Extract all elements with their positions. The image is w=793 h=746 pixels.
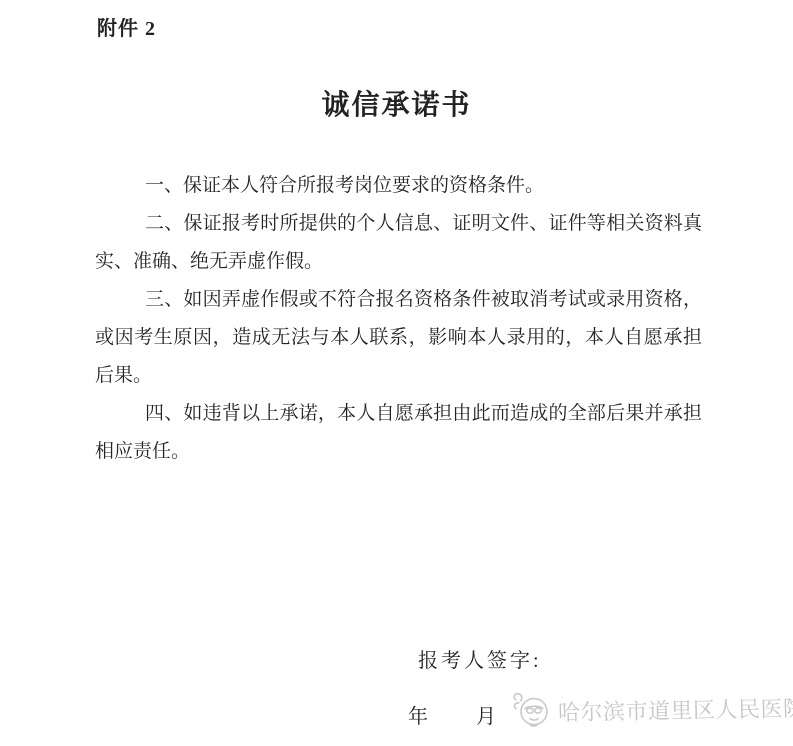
document-page: 附件 2 诚信承诺书 一、保证本人符合所报考岗位要求的资格条件。 二、保证报考时… bbox=[0, 0, 793, 746]
paragraph-3: 三、如因弄虚作假或不符合报名资格条件被取消考试或录用资格，或因考生原因，造成无法… bbox=[95, 281, 702, 395]
hospital-mascot-icon bbox=[510, 687, 555, 737]
hospital-watermark: 哈尔滨市道里区人民医院 bbox=[510, 683, 793, 737]
document-body: 一、保证本人符合所报考岗位要求的资格条件。 二、保证报考时所提供的个人信息、证明… bbox=[95, 167, 702, 471]
month-label: 月 bbox=[476, 706, 496, 728]
attachment-label: 附件 2 bbox=[97, 12, 156, 41]
hospital-name-watermark: 哈尔滨市道里区人民医院 bbox=[558, 692, 793, 727]
paragraph-4: 四、如违背以上承诺，本人自愿承担由此而造成的全部后果并承担相应责任。 bbox=[95, 395, 702, 471]
paragraph-1: 一、保证本人符合所报考岗位要求的资格条件。 bbox=[95, 167, 702, 205]
date-line: 年 月 bbox=[408, 700, 496, 729]
paragraph-2: 二、保证报考时所提供的个人信息、证明文件、证件等相关资料真实、准确、绝无弄虚作假… bbox=[95, 205, 702, 281]
year-label: 年 bbox=[408, 706, 428, 728]
applicant-signature-label: 报考人签字: bbox=[418, 644, 542, 673]
document-title: 诚信承诺书 bbox=[0, 83, 793, 123]
